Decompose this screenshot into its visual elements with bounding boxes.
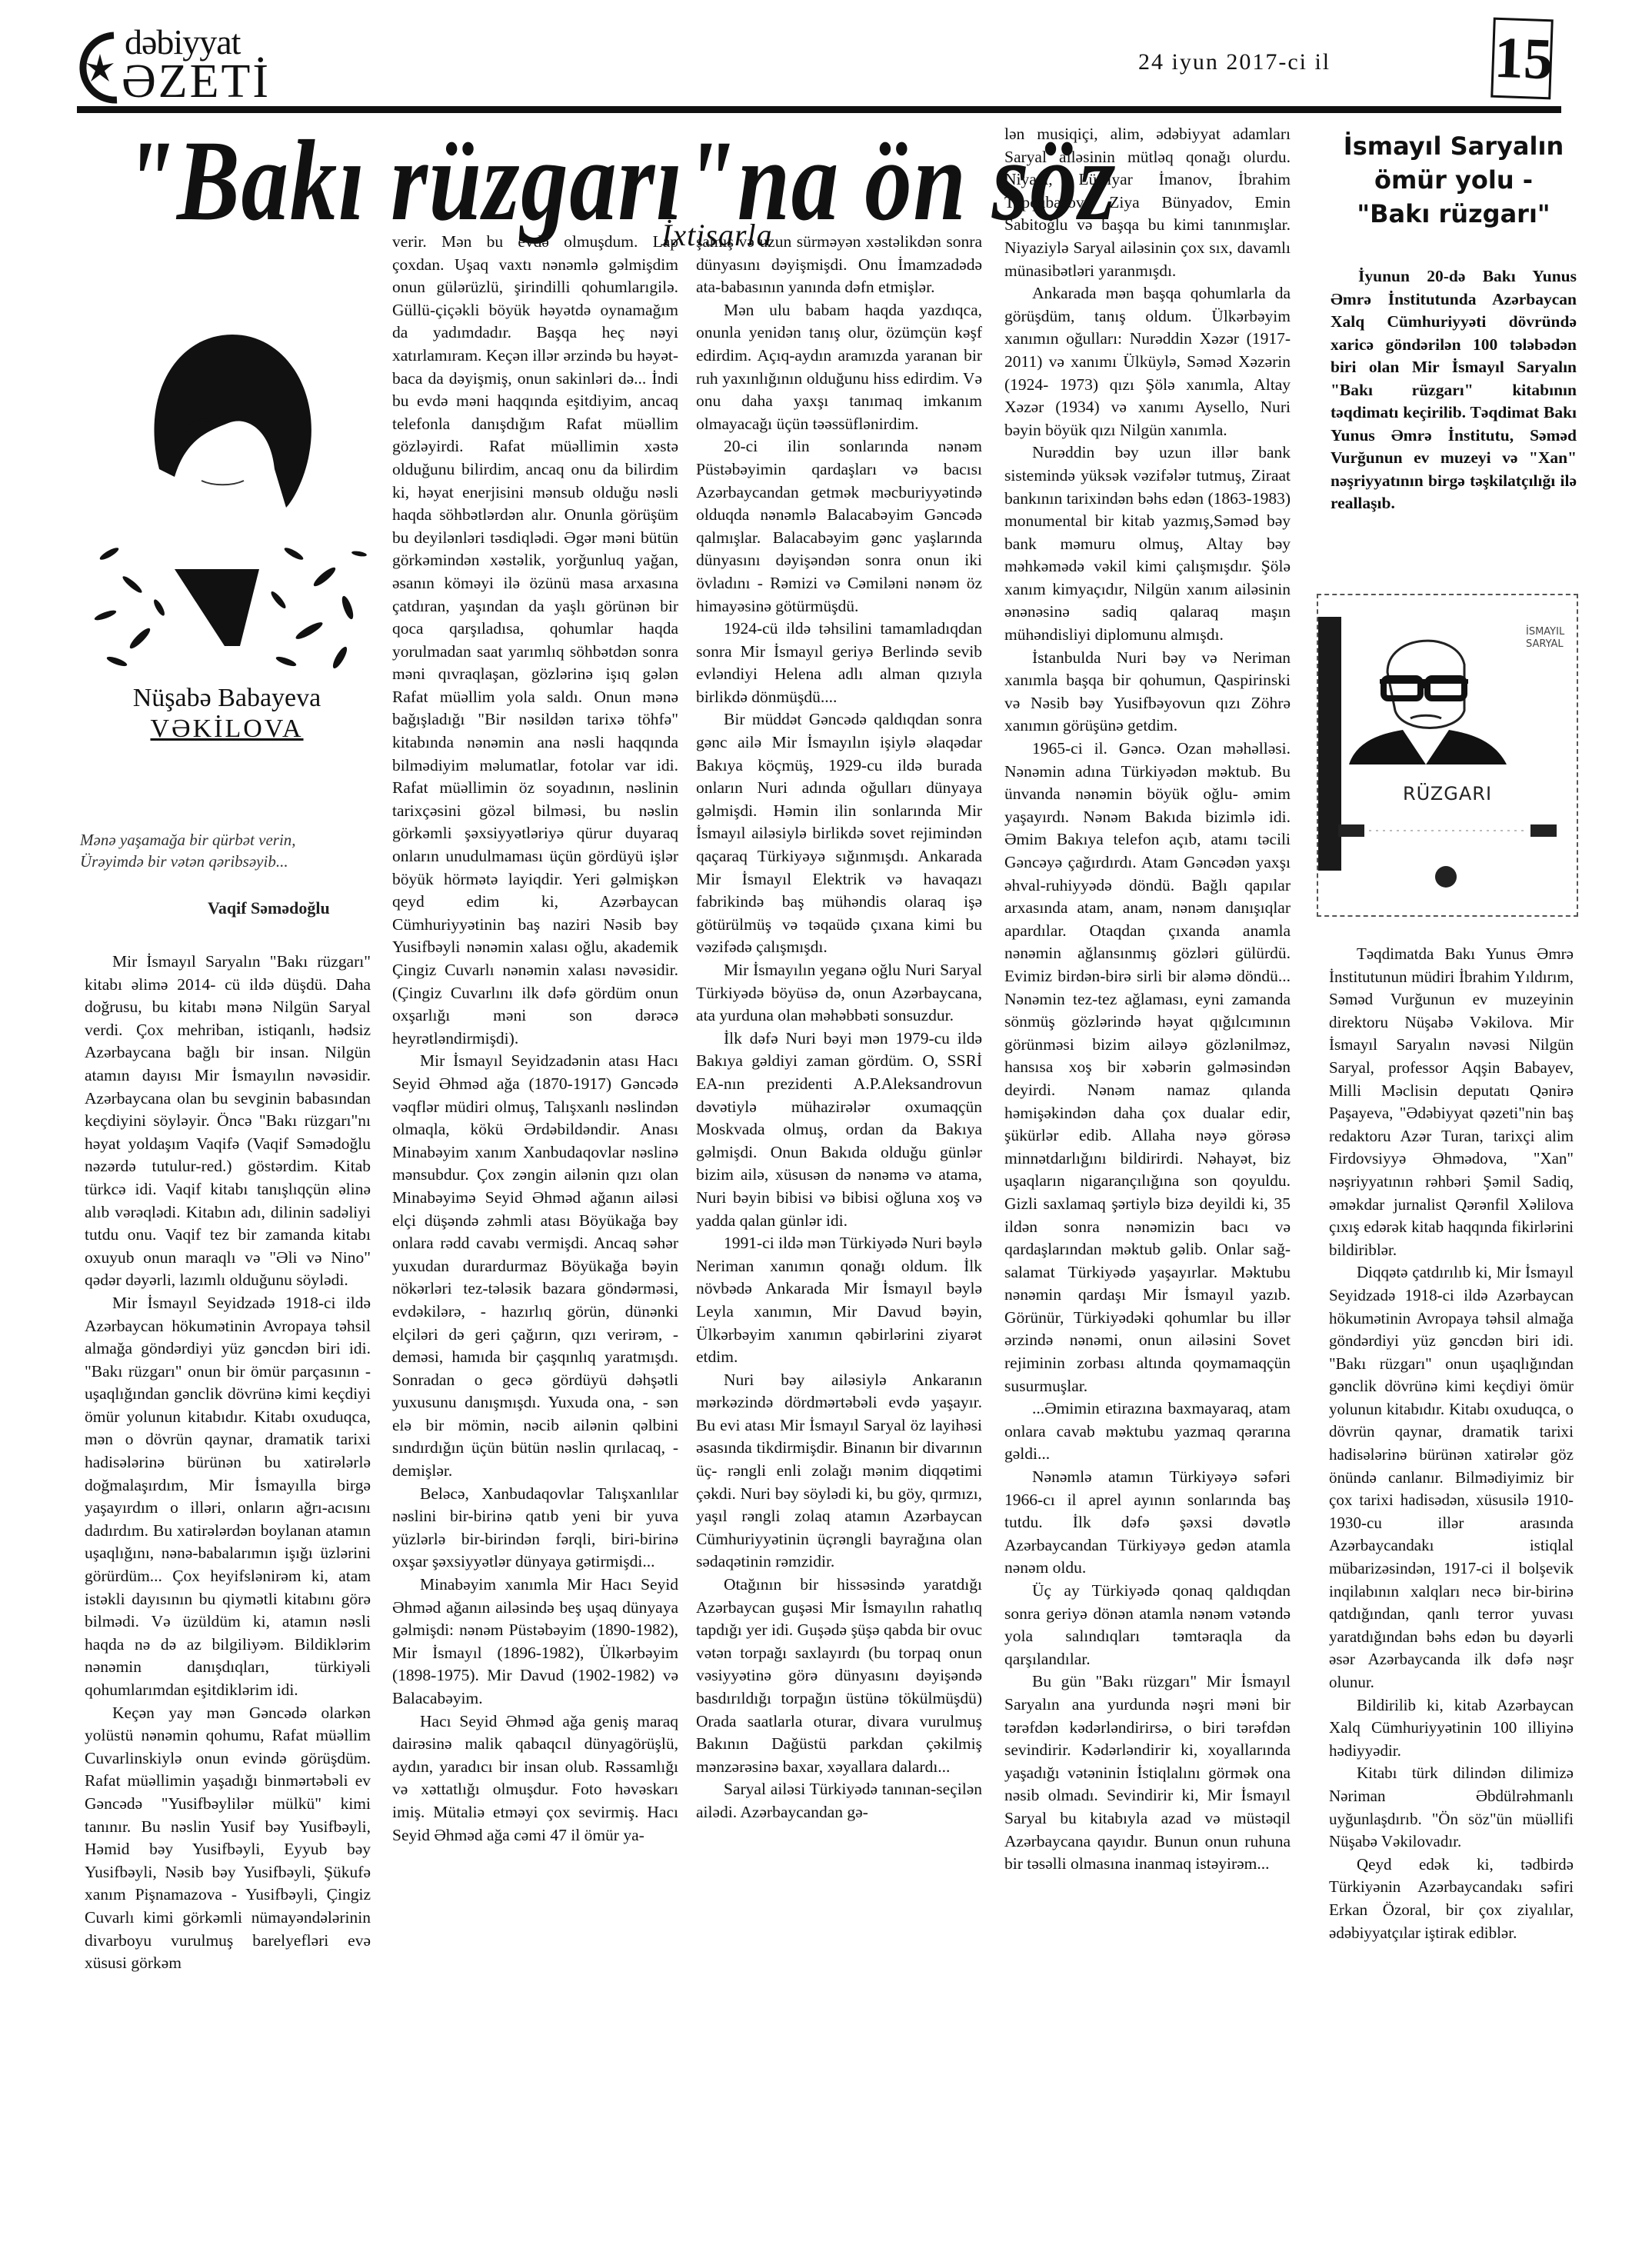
paragraph: Ankarada mən başqa qohumlarla da görüşdü… <box>1004 282 1291 441</box>
epigraph-author: Vaqif Səmədoğlu <box>208 898 330 918</box>
article-column-3: şamış və uzun sürməyən xəstəlikdən sonra… <box>696 231 982 1824</box>
logo-wordmark-bottom: ƏZETİ <box>122 55 271 108</box>
paragraph: Keçən yay mən Gəncədə olarkən yolüstü nə… <box>85 1702 371 1975</box>
paragraph: Üç ay Türkiyədə qonaq qaldıqdan sonra ge… <box>1004 1580 1291 1670</box>
paragraph: Nənəmlə atamın Türkiyəyə səfəri 1966-cı … <box>1004 1466 1291 1580</box>
lead-paragraph: İyunun 20-də Bakı Yunus Əmrə İnstitutund… <box>1331 265 1577 515</box>
paragraph: ...Əmimin etirazına baxmayaraq, atam onl… <box>1004 1397 1291 1466</box>
sidebar-title-line: "Bakı rüzgarı" <box>1319 197 1588 231</box>
book-cover-image: İSMAYIL SARYAL RÜZGARI <box>1317 594 1578 917</box>
book-author-line: SARYAL <box>1526 638 1564 651</box>
paragraph: Mir İsmayıl Seyidzadə 1918-ci ildə Azərb… <box>85 1292 371 1702</box>
paragraph: Otağının bir hissəsində yaratdığı Azərba… <box>696 1574 982 1778</box>
epigraph-line-1: Mənə yaşamağa bir qürbət verin, <box>80 829 372 851</box>
author-surname: VƏKİLOVA <box>77 714 377 744</box>
sidebar-body: Təqdimatda Bakı Yunus Əmrə İnstitutunun … <box>1329 943 1574 1944</box>
sidebar-lead: İyunun 20-də Bakı Yunus Əmrə İnstitutund… <box>1331 265 1577 515</box>
paragraph: verir. Mən bu evdə olmuşdum. Lap çoxdan.… <box>392 231 678 1050</box>
paragraph: Təqdimatda Bakı Yunus Əmrə İnstitutunun … <box>1329 943 1574 1261</box>
paragraph: Mir İsmayılın yeganə oğlu Nuri Saryal Tü… <box>696 959 982 1028</box>
paragraph: Mir İsmayıl Saryalın "Bakı rüzgarı" kita… <box>85 951 371 1292</box>
book-cover-title: RÜZGARI <box>1318 783 1577 804</box>
sidebar-title: İsmayıl Saryalın ömür yolu - "Bakı rüzga… <box>1319 129 1588 231</box>
paragraph: Beləcə, Xanbudaqovlar Talışxanlılar nəsl… <box>392 1483 678 1574</box>
author-byline: Nüşabə Babayeva VƏKİLOVA <box>77 683 377 744</box>
paragraph: 1965-ci il. Gəncə. Ozan məhəlləsi. Nənəm… <box>1004 738 1291 1397</box>
article-column-2: verir. Mən bu evdə olmuşdum. Lap çoxdan.… <box>392 231 678 1847</box>
paragraph: Nurəddin bəy uzun illər bank sistemində … <box>1004 441 1291 646</box>
header-rule <box>77 106 1561 113</box>
author-photo <box>86 277 371 677</box>
paragraph: Diqqətə çatdırılıb ki, Mir İsmayıl Seyid… <box>1329 1261 1574 1694</box>
paragraph: lən musiqiçi, alim, ədəbiyyat adamları S… <box>1004 123 1291 282</box>
paragraph: 20-ci ilin sonlarında nənəm Püstəbəyimin… <box>696 435 982 618</box>
article-column-1: Mir İsmayıl Saryalın "Bakı rüzgarı" kita… <box>85 951 371 1975</box>
paragraph: şamış və uzun sürməyən xəstəlikdən sonra… <box>696 231 982 299</box>
sidebar-title-line: ömür yolu - <box>1319 163 1588 197</box>
paragraph: Minabəyim xanımla Mir Hacı Seyid Əhməd a… <box>392 1574 678 1710</box>
page-number: 15 <box>1490 18 1554 100</box>
paragraph: İstanbulda Nuri bəy və Neriman xanımla b… <box>1004 647 1291 738</box>
paragraph: 1924-cü ildə təhsilini tamamladıqdan son… <box>696 618 982 708</box>
portrait-icon <box>1341 618 1518 764</box>
sidebar-title-line: İsmayıl Saryalın <box>1319 129 1588 163</box>
article-title: "Bakı rüzgarı"na ön söz <box>123 119 1117 242</box>
article-column-4: lən musiqiçi, alim, ədəbiyyat adamları S… <box>1004 123 1291 1876</box>
author-first-name: Nüşabə Babayeva <box>133 684 321 712</box>
star-emblem-icon <box>77 29 125 106</box>
paragraph: Mən ulu babam haqda yazdıqca, onunla yen… <box>696 299 982 436</box>
paragraph: Bildirilib ki, kitab Azərbaycan Xalq Cüm… <box>1329 1694 1574 1763</box>
paragraph: Bu gün "Bakı rüzgarı" Mir İsmayıl Saryal… <box>1004 1670 1291 1875</box>
publisher-logo-icon <box>1435 866 1457 888</box>
paragraph: Bir müddət Gəncədə qaldıqdan sonra gənc … <box>696 708 982 959</box>
issue-date: 24 iyun 2017-ci il <box>1138 49 1331 75</box>
book-author-line: İSMAYIL <box>1526 626 1564 638</box>
paragraph: Qeyd edək ki, tədbirdə Türkiyənin Azərba… <box>1329 1854 1574 1944</box>
paragraph: Kitabı türk dilindən dilimizə Nəriman Əb… <box>1329 1762 1574 1853</box>
epigraph-line-2: Ürəyimdə bir vətən qəribsəyib... <box>80 851 372 872</box>
paragraph: Hacı Seyid Əhməd ağa geniş maraq dairəsi… <box>392 1710 678 1847</box>
paragraph: İlk dəfə Nuri bəyi mən 1979-cu ildə Bakı… <box>696 1028 982 1232</box>
book-cover-band <box>1338 824 1557 837</box>
book-cover-author: İSMAYIL SARYAL <box>1526 626 1564 651</box>
paragraph: Mir İsmayıl Seyidzadənin atası Hacı Seyi… <box>392 1050 678 1482</box>
epigraph: Mənə yaşamağa bir qürbət verin, Ürəyimdə… <box>80 829 372 872</box>
paragraph: 1991-ci ildə mən Türkiyədə Nuri bəylə Ne… <box>696 1232 982 1369</box>
paragraph: Saryal ailəsi Türkiyədə tanınan-seçilən … <box>696 1778 982 1824</box>
paragraph: Nuri bəy ailəsiylə Ankaranın mərkəzində … <box>696 1369 982 1574</box>
